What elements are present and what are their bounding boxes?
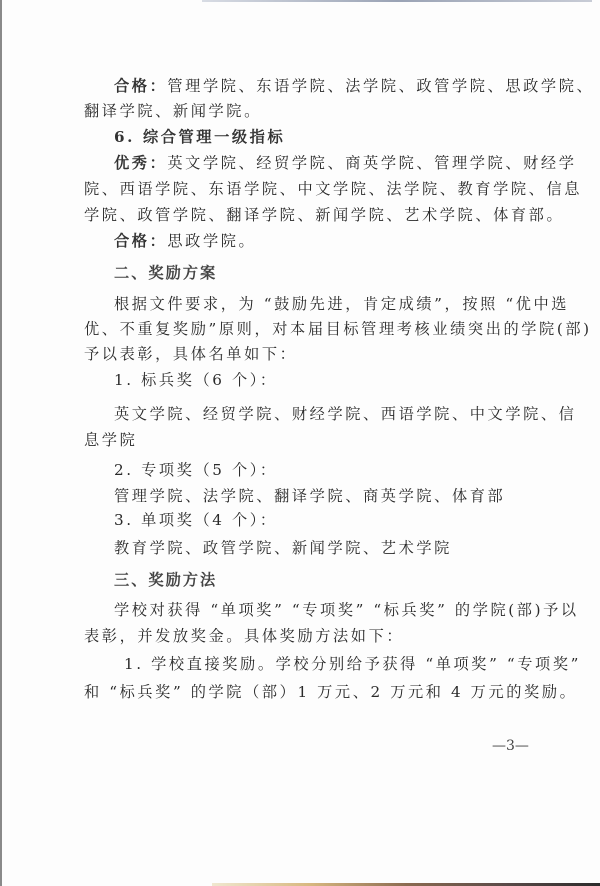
part3-intro-line1: 学校对获得 “单项奖” “专项奖” “标兵奖” 的学院(部)予以 [114,600,534,620]
award1-title: 1. 标兵奖（6 个）： [114,370,534,390]
section5-pass-line1: 合格：管理学院、东语学院、法学院、政管学院、思政学院、 [114,76,534,96]
award3-list: 教育学院、政管学院、新闻学院、艺术学院 [114,538,534,558]
scan-edge-top [202,0,592,2]
award2-list: 管理学院、法学院、翻译学院、商英学院、体育部 [114,486,534,506]
award1-list-line2: 息学院 [84,430,534,450]
part2-intro-line3: 予以表彰，具体名单如下： [84,344,534,364]
page-number: —3— [492,738,529,754]
pass-list-text: 管理学院、东语学院、法学院、政管学院、思政学院、 [167,77,594,95]
section6-excellent-line1: 优秀：英文学院、经贸学院、商英学院、管理学院、财经学 [114,153,534,173]
pass-label: 合格： [114,77,167,95]
document-page: 合格：管理学院、东语学院、法学院、政管学院、思政学院、 翻译学院、新闻学院。 6… [0,0,600,886]
award1-list-line1: 英文学院、经贸学院、财经学院、西语学院、中文学院、信 [114,404,534,424]
part2-intro-line2: 优、不重复奖励”原则，对本届目标管理考核业绩突出的学院(部) [84,319,534,339]
section6-excellent-line2: 院、西语学院、东语学院、中文学院、法学院、教育学院、信息 [84,179,534,199]
section6-title: 6. 综合管理一级指标 [114,127,534,147]
part3-intro-line2: 表彰，并发放奖金。具体奖励方法如下： [84,626,534,646]
part3-heading: 三、奖励方法 [114,570,534,590]
part2-intro-line1: 根据文件要求，为 “鼓励先进，肯定成绩”，按照 “优中选 [114,294,534,314]
section6-excellent-line3: 学院、政管学院、翻译学院、新闻学院、艺术学院、体育部。 [84,205,534,225]
part3-item1-line2: 和 “标兵奖” 的学院（部）1 万元、2 万元和 4 万元的奖励。 [84,682,534,702]
section5-pass-line2: 翻译学院、新闻学院。 [84,101,534,121]
excellent-label: 优秀： [114,154,167,172]
award2-title: 2. 专项奖（5 个）： [114,460,534,480]
pass-label: 合格： [114,232,167,250]
part2-heading: 二、奖励方案 [114,263,534,283]
excellent-list-text: 英文学院、经贸学院、商英学院、管理学院、财经学 [167,154,576,172]
section6-pass-line: 合格：思政学院。 [114,231,534,251]
pass-list-text: 思政学院。 [167,232,256,250]
part3-item1-line1: 1. 学校直接奖励。学校分别给予获得 “单项奖” “专项奖” [124,654,544,674]
award3-title: 3. 单项奖（4 个）： [114,510,534,530]
